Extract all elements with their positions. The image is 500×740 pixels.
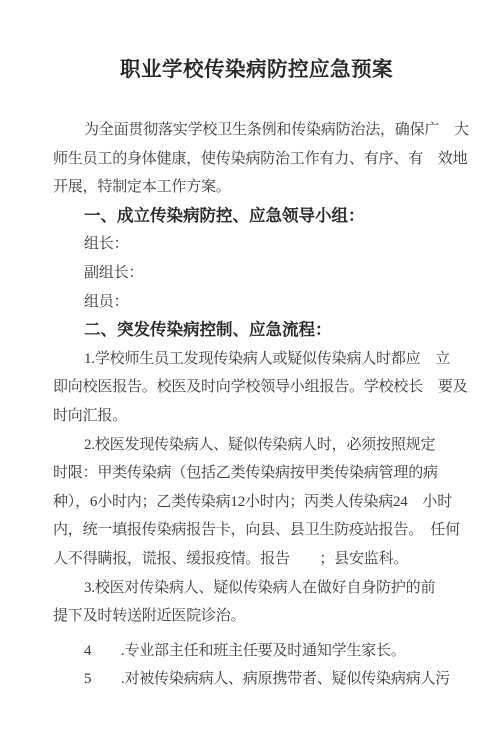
text-line: 为全面贯彻落实学校卫生条例和传染病防治法，确保广 大 <box>53 116 460 145</box>
text-line: 师生员工的身体健康，使传染病防治工作有力、有序、有 效地 <box>53 145 460 174</box>
text-line-members: 组员： <box>53 288 460 317</box>
section-heading-one: 一、成立传染病防控、应急领导小组： <box>53 202 460 231</box>
text-line-deputy-leader: 副组长： <box>53 259 460 288</box>
text-line: 开展，特制定本工作方案。 <box>53 173 460 202</box>
text-line: 内，统一填报传染病报告卡，向县、县卫生防疫站报告。 任何 <box>53 516 460 545</box>
text-line: 人不得瞒报，谎报、缓报疫情。报告 ；县安监科。 <box>53 545 460 574</box>
text-line-group-leader: 组长： <box>53 230 460 259</box>
text-line: 即向校医报告。校医及时向学校领导小组报告。学校校长 要及 <box>53 373 460 402</box>
text-line: 1.学校师生员工发现传染病人或疑似传染病人时都应 立 <box>53 345 460 374</box>
text-line: 4 .专业部主任和班主任要及时通知学生家长。 <box>53 637 460 666</box>
text-line: 3.校医对传染病人、疑似传染病人在做好自身防护的前 <box>53 574 460 603</box>
document-title: 职业学校传染病防控应急预案 <box>53 55 460 85</box>
text-line: 种），6小时内；乙类传染病12小时内；丙类人传染病24 小时 <box>53 488 460 517</box>
text-line: 时向汇报。 <box>53 402 460 431</box>
text-line: 提下及时转送附近医院诊治。 <box>53 602 460 631</box>
document-page: 职业学校传染病防控应急预案 为全面贯彻落实学校卫生条例和传染病防治法，确保广 大… <box>0 0 500 740</box>
text-line: 时限：甲类传染病（包括乙类传染病按甲类传染病管理的病 <box>53 459 460 488</box>
section-heading-two: 二、突发传染病控制、应急流程： <box>53 316 460 345</box>
text-line: 5 .对被传染病病人、病原携带者、疑似传染病病人污 <box>53 665 460 694</box>
text-line: 2.校医发现传染病人、疑似传染病人时，必须按照规定 <box>53 431 460 460</box>
